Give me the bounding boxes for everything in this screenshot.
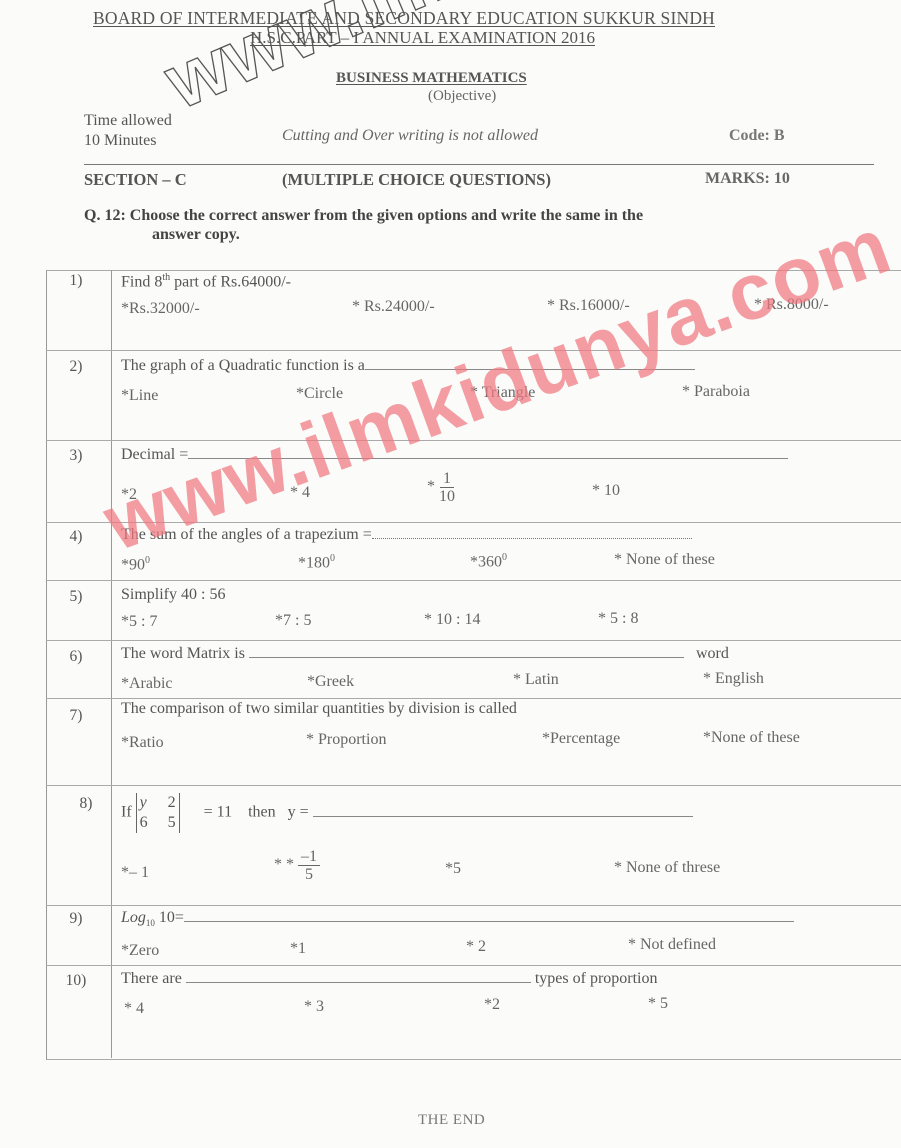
question-text-part: 10= — [155, 909, 184, 926]
option-a[interactable]: *5 : 7 — [121, 613, 157, 631]
answer-blank — [249, 656, 684, 658]
instruction-note: Cutting and Over writing is not allowed — [282, 127, 538, 145]
fraction: –15 — [298, 848, 320, 883]
option-b[interactable]: * 3 — [304, 998, 324, 1016]
option-b[interactable]: * 4 — [290, 484, 310, 502]
log-base: 10 — [146, 918, 155, 928]
subject-title: BUSINESS MATHEMATICS — [336, 70, 527, 87]
option-c[interactable]: * 110 — [427, 470, 455, 505]
option-d[interactable]: * Paraboia — [682, 383, 750, 401]
option-b[interactable]: * Rs.24000/- — [352, 298, 435, 316]
option-d[interactable]: *None of these — [703, 729, 800, 747]
section-title: (MULTIPLE CHOICE QUESTIONS) — [282, 170, 551, 190]
board-name: BOARD OF INTERMEDIATE AND SECONDARY EDUC… — [93, 8, 715, 29]
option-c[interactable]: * 10 : 14 — [424, 611, 480, 629]
option-a[interactable]: *Rs.32000/- — [121, 300, 200, 318]
option-c[interactable]: *5 — [445, 860, 461, 878]
question-number: 5) — [52, 588, 100, 606]
question-number: 4) — [52, 528, 100, 546]
option-a[interactable]: *Zero — [121, 942, 159, 960]
log-text: Log — [121, 909, 146, 926]
option-c[interactable]: *2 — [484, 996, 500, 1014]
option-d[interactable]: * 5 : 8 — [598, 610, 638, 628]
option-b[interactable]: *1800 — [298, 553, 335, 572]
option-a[interactable]: *900 — [121, 555, 150, 574]
option-b[interactable]: *7 : 5 — [275, 612, 311, 630]
divider — [84, 164, 874, 165]
option-marker: * — [427, 478, 435, 495]
time-value: 10 Minutes — [84, 132, 156, 150]
row-divider — [46, 522, 901, 523]
option-d[interactable]: * Rs.8000/- — [754, 296, 829, 314]
question-number: 9) — [52, 910, 100, 928]
option-a[interactable]: *– 1 — [121, 864, 149, 882]
option-text: *360 — [470, 553, 502, 570]
marks-label: MARKS: 10 — [705, 170, 790, 188]
option-d[interactable]: * Not defined — [628, 936, 716, 954]
option-b[interactable]: * Proportion — [306, 731, 386, 749]
option-d[interactable]: * None of these — [614, 551, 715, 569]
question-number: 2) — [52, 358, 100, 376]
option-c[interactable]: * Rs.16000/- — [547, 297, 630, 315]
fraction-denominator: 5 — [305, 866, 313, 883]
row-divider — [46, 965, 901, 966]
question-number: 8) — [62, 795, 110, 813]
the-end-label: THE END — [418, 1112, 485, 1129]
question-text-part: There are — [121, 970, 182, 987]
question-text-part: The graph of a Quadratic function is a — [121, 357, 365, 374]
option-text: *90 — [121, 556, 145, 573]
determinant-row: y2 — [140, 793, 176, 813]
option-c[interactable]: * 2 — [466, 938, 486, 956]
row-divider — [46, 785, 901, 786]
exam-title: H.S.C.PART – I ANNUAL EXAMINATION 2016 — [250, 28, 595, 48]
question-text-part: The sum of the angles of a trapezium = — [121, 526, 372, 543]
question-number: 10) — [52, 972, 100, 990]
question-number: 3) — [52, 447, 100, 465]
question-text-part: part of Rs.64000/- — [170, 273, 291, 290]
time-label: Time allowed — [84, 112, 172, 130]
option-b[interactable]: *Greek — [307, 673, 354, 691]
row-divider — [46, 440, 901, 441]
option-d[interactable]: * English — [703, 670, 764, 688]
determinant-cell: 2 — [162, 793, 176, 813]
question-text: The comparison of two similar quantities… — [121, 700, 517, 718]
column-divider — [111, 270, 112, 1058]
question-text-part: word — [696, 645, 729, 662]
question-text: The word Matrix is word — [121, 645, 729, 663]
answer-blank — [186, 981, 531, 983]
option-d[interactable]: * 5 — [648, 995, 668, 1013]
option-a[interactable]: *2 — [121, 486, 137, 504]
option-c[interactable]: *Percentage — [542, 730, 620, 748]
question-text: Find 8th part of Rs.64000/- — [121, 272, 291, 291]
section-label: SECTION – C — [84, 170, 187, 190]
row-divider — [46, 905, 901, 906]
answer-blank — [188, 457, 788, 459]
answer-blank — [313, 815, 693, 817]
option-a[interactable]: *Line — [121, 387, 158, 405]
fraction-numerator: –1 — [298, 848, 320, 866]
question-text: Decimal = — [121, 446, 788, 464]
option-c[interactable]: * Latin — [513, 671, 559, 689]
fraction: 110 — [439, 470, 455, 505]
row-divider — [46, 698, 901, 699]
option-d[interactable]: * 10 — [592, 482, 620, 500]
determinant: y2 65 — [136, 793, 180, 833]
question-text: If y2 65 = 11 then y = — [121, 793, 693, 833]
determinant-cell: 5 — [162, 813, 176, 833]
option-text: *180 — [298, 554, 330, 571]
question-text-part: = 11 then y = — [204, 804, 309, 821]
superscript: th — [162, 272, 170, 283]
row-divider — [46, 580, 901, 581]
question-instruction-line2: answer copy. — [84, 225, 864, 244]
determinant-cell: 6 — [140, 813, 162, 833]
answer-blank — [365, 368, 695, 370]
paper-type: (Objective) — [428, 88, 496, 105]
option-c[interactable]: *3600 — [470, 552, 507, 571]
answer-blank — [184, 920, 794, 922]
question-text-part: Find 8 — [121, 273, 162, 290]
row-divider — [46, 640, 901, 641]
question-text: Log10 10= — [121, 909, 794, 928]
question-instruction: Q. 12: Choose the correct answer from th… — [84, 206, 864, 244]
option-d[interactable]: * None of threse — [614, 859, 720, 877]
question-number: 7) — [52, 707, 100, 725]
determinant-cell: y — [140, 793, 162, 813]
option-b[interactable]: *1 — [290, 940, 306, 958]
question-text: The graph of a Quadratic function is a — [121, 357, 695, 375]
answer-blank — [372, 537, 692, 539]
determinant-row: 65 — [140, 813, 176, 833]
option-b[interactable]: * * –15 — [274, 848, 320, 883]
question-text: There are types of proportion — [121, 970, 658, 988]
option-a[interactable]: *Ratio — [121, 734, 164, 752]
degree-superscript: 0 — [502, 552, 507, 563]
row-divider — [46, 350, 901, 351]
question-text: Simplify 40 : 56 — [121, 586, 225, 604]
fraction-numerator: 1 — [440, 470, 454, 488]
question-text: The sum of the angles of a trapezium = — [121, 526, 692, 544]
question-instruction-line1: Q. 12: Choose the correct answer from th… — [84, 207, 643, 224]
question-number: 6) — [52, 648, 100, 666]
question-text-part: The word Matrix is — [121, 645, 245, 662]
question-text-part: If — [121, 804, 132, 821]
question-text-part: types of proportion — [535, 970, 658, 987]
question-text-part: Decimal = — [121, 446, 188, 463]
degree-superscript: 0 — [145, 555, 150, 566]
option-a[interactable]: *Arabic — [121, 675, 173, 693]
paper-code: Code: B — [729, 127, 785, 145]
option-marker: * * — [274, 856, 294, 873]
option-c[interactable]: * Triangle — [470, 384, 535, 402]
question-number: 1) — [52, 272, 100, 290]
option-a[interactable]: * 4 — [124, 1000, 144, 1018]
degree-superscript: 0 — [330, 553, 335, 564]
fraction-denominator: 10 — [439, 488, 455, 505]
option-b[interactable]: *Circle — [296, 385, 343, 403]
